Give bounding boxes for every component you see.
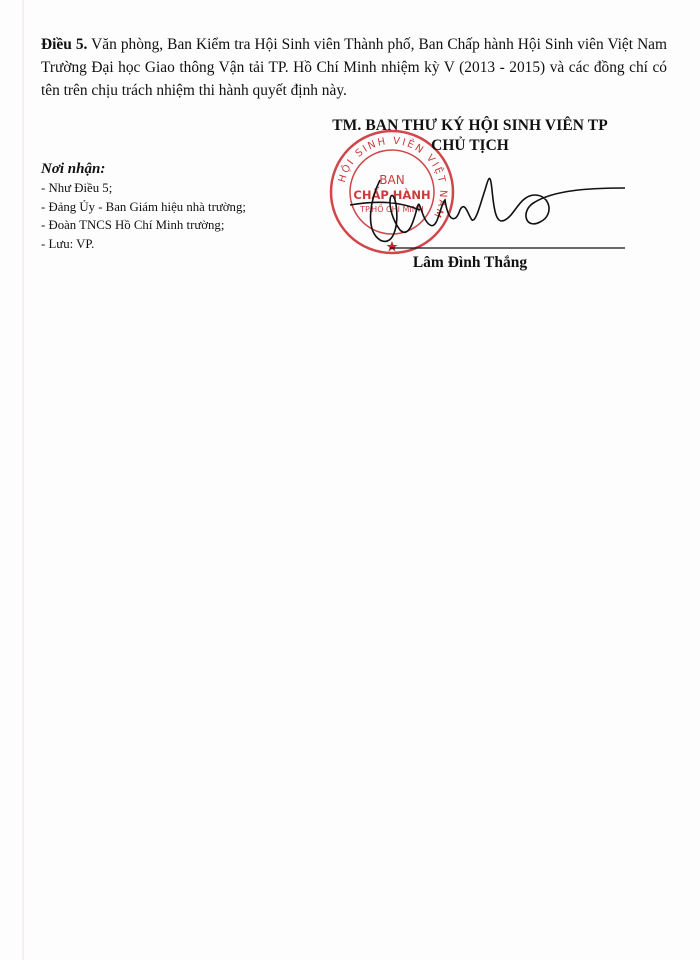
recipient-item: - Lưu: VP. [41,235,246,254]
recipients-block: Nơi nhận: - Như Điều 5; - Đảng Ủy - Ban … [41,159,246,253]
signer-name: Lâm Đình Thắng [300,254,640,272]
recipient-item: - Đoàn TNCS Hồ Chí Minh trường; [41,216,246,235]
signature-title: TM. BAN THƯ KÝ HỘI SINH VIÊN TP [300,116,640,136]
article-label: Điều 5. [41,36,87,53]
recipient-item: - Đảng Ủy - Ban Giám hiệu nhà trường; [41,198,246,217]
recipients-heading: Nơi nhận: [41,159,246,179]
article-text: Văn phòng, Ban Kiểm tra Hội Sinh viên Th… [41,36,667,99]
recipient-item: - Như Điều 5; [41,179,246,198]
signature-role: CHỦ TỊCH [300,136,640,156]
signature-block: TM. BAN THƯ KÝ HỘI SINH VIÊN TP CHỦ TỊCH [300,116,640,156]
page-edge [22,0,24,960]
handwritten-signature [340,160,630,250]
article-5: Điều 5. Văn phòng, Ban Kiểm tra Hội Sinh… [41,33,667,102]
